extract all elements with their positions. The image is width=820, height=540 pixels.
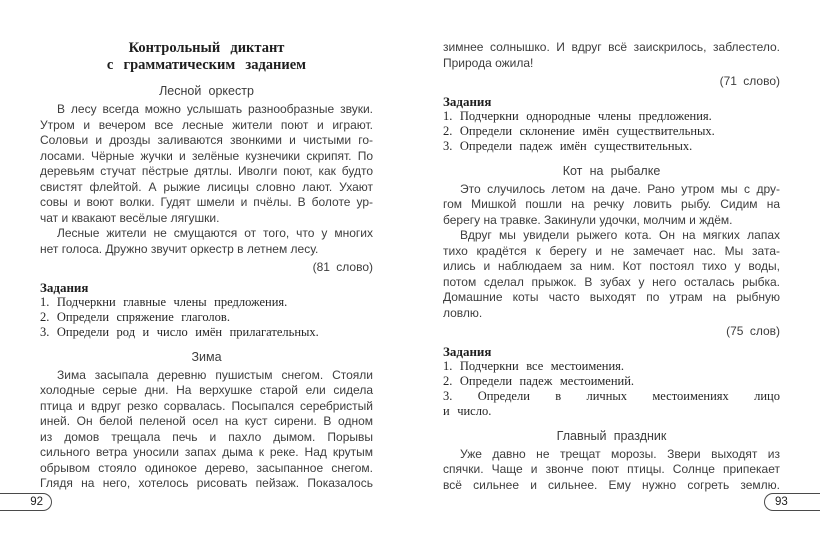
tasks-heading: Задания: [40, 280, 373, 295]
paragraph-line: холодные серые дни. На верхушке старой е…: [40, 383, 373, 399]
task-item: 3. Определи падеж имён существительных.: [443, 139, 780, 154]
task-line: 1. Подчеркни главные члены предложения.: [40, 295, 373, 310]
paragraph-line: совы и воют волки. Гудят шмели и пчёлы. …: [40, 195, 373, 211]
tasks-heading: Задания: [443, 94, 780, 109]
main-title-line: Контрольный диктант: [40, 40, 373, 57]
task-line: 2. Определи склонение имён существительн…: [443, 124, 780, 139]
paragraph-line: иней. Он белой пеленой осел на куст сире…: [40, 414, 373, 430]
paragraph-line: из домов трещала печь и пахло дымом. Пор…: [40, 430, 373, 446]
task-line: 3. Определи в личных местоимениях лицо: [443, 389, 780, 404]
paragraph-line: тихо крадётся к берегу и не замечает нас…: [443, 244, 780, 260]
task-item: 3. Определи род и число имён прилагатель…: [40, 325, 373, 340]
page-number: 93: [775, 496, 788, 508]
task-line: 1. Подчеркни однородные члены предложени…: [443, 109, 780, 124]
task-item: 3. Определи в личных местоимениях лицои …: [443, 389, 780, 419]
task-line: 3. Определи род и число имён прилагатель…: [40, 325, 373, 340]
paragraph-line: Зима засыпала деревню пушистым снегом. С…: [40, 368, 373, 384]
paragraph-line: Природа ожила!: [443, 56, 780, 72]
task-item: 2. Определи падеж местоимений.: [443, 374, 780, 389]
paragraph-line: Это случилось летом на даче. Рано утром …: [443, 182, 780, 198]
story-title: Зима: [40, 350, 373, 365]
paragraph-line: Соловьи и дрозды заливаются звонкими и ч…: [40, 133, 373, 149]
paragraph: Уже давно не трещат морозы. Звери выходя…: [443, 447, 780, 494]
book-spread: { "colors": { "bg": "#ffffff", "text": "…: [0, 0, 820, 540]
paragraph-line: Вдруг мы увидели рыжего кота. Он на мягк…: [443, 228, 780, 244]
paragraph-line: Утром и вечером все лесные жители поют и…: [40, 118, 373, 134]
paragraph: Зима засыпала деревню пушистым снегом. С…: [40, 368, 373, 492]
word-count: (75 слов): [443, 324, 780, 340]
page-number: 92: [30, 496, 43, 508]
task-line: 3. Определи падеж имён существительных.: [443, 139, 780, 154]
main-title-line: с грамматическим заданием: [40, 57, 373, 74]
paragraph-line: Домашние коты часто выходят по утрам на …: [443, 290, 780, 306]
paragraph-line: сильного ветра уносили запах дыма к реке…: [40, 445, 373, 461]
paragraph-line: лосами. Чёрные жучки и зелёные кузнечики…: [40, 149, 373, 165]
main-title: Контрольный диктантс грамматическим зада…: [40, 40, 373, 74]
page-left: Контрольный диктантс грамматическим зада…: [40, 0, 373, 492]
paragraph: Лесные жители не смущаются от того, что …: [40, 226, 373, 257]
paragraph: Это случилось летом на даче. Рано утром …: [443, 182, 780, 229]
paragraph-line: Лесные жители не смущаются от того, что …: [40, 226, 373, 242]
paragraph-line: ловлю.: [443, 306, 780, 322]
paragraph: В лесу всегда можно услышать разнообразн…: [40, 102, 373, 226]
paragraph-line: гом Мишкой пошли на речку ловить рыбу. С…: [443, 197, 780, 213]
task-line: и число.: [443, 404, 780, 419]
task-item: 2. Определи спряжение глаголов.: [40, 310, 373, 325]
word-count: (81 слово): [40, 260, 373, 276]
paragraph: зимнее солнышко. И вдруг всё заискрилось…: [443, 40, 780, 71]
paragraph-line: свистят флейтой. А рыжие лисицы словно л…: [40, 180, 373, 196]
paragraph-line: чат и квакают весёлые лягушки.: [40, 211, 373, 227]
paragraph-line: спячки. Чаще и звонче поют птицы. Солнце…: [443, 462, 780, 478]
paragraph-line: Глядя на него, хотелось рисовать пейзаж.…: [40, 476, 373, 492]
paragraph-line: нет голоса. Дружно звучит оркестр в летн…: [40, 242, 373, 258]
task-item: 2. Определи склонение имён существительн…: [443, 124, 780, 139]
story-title: Главный праздник: [443, 429, 780, 444]
paragraph-line: деревьям стучат пёстрые дятлы. Иволги по…: [40, 164, 373, 180]
task-item: 1. Подчеркни все местоимения.: [443, 359, 780, 374]
paragraph-line: зимнее солнышко. И вдруг всё заискрилось…: [443, 40, 780, 56]
paragraph-line: птица и вдруг резко сорвалась. Посыпался…: [40, 399, 373, 415]
page-number-badge: 93: [764, 493, 820, 511]
task-line: 2. Определи спряжение глаголов.: [40, 310, 373, 325]
paragraph-line: берегу на травке. Закинули удочки, молчи…: [443, 213, 780, 229]
paragraph-line: В лесу всегда можно услышать разнообразн…: [40, 102, 373, 118]
paragraph-line: Уже давно не трещат морозы. Звери выходя…: [443, 447, 780, 463]
paragraph-line: ились и наблюдаем за ним. Кот постоял ти…: [443, 259, 780, 275]
paragraph: Вдруг мы увидели рыжего кота. Он на мягк…: [443, 228, 780, 321]
paragraph-line: потом сделал прыжок. В зубах у него оста…: [443, 275, 780, 291]
task-line: 2. Определи падеж местоимений.: [443, 374, 780, 389]
tasks-heading: Задания: [443, 344, 780, 359]
page-number-badge: 92: [0, 493, 52, 511]
paragraph-line: обрывом стояло одинокое дерево, засыпанн…: [40, 461, 373, 477]
task-line: 1. Подчеркни все местоимения.: [443, 359, 780, 374]
task-item: 1. Подчеркни главные члены предложения.: [40, 295, 373, 310]
task-item: 1. Подчеркни однородные члены предложени…: [443, 109, 780, 124]
page-right: зимнее солнышко. И вдруг всё заискрилось…: [443, 0, 780, 493]
story-title: Кот на рыбалке: [443, 164, 780, 179]
story-title: Лесной оркестр: [40, 84, 373, 99]
word-count: (71 слово): [443, 74, 780, 90]
paragraph-line: всё сильнее и сильнее. Ему нужно согреть…: [443, 478, 780, 494]
